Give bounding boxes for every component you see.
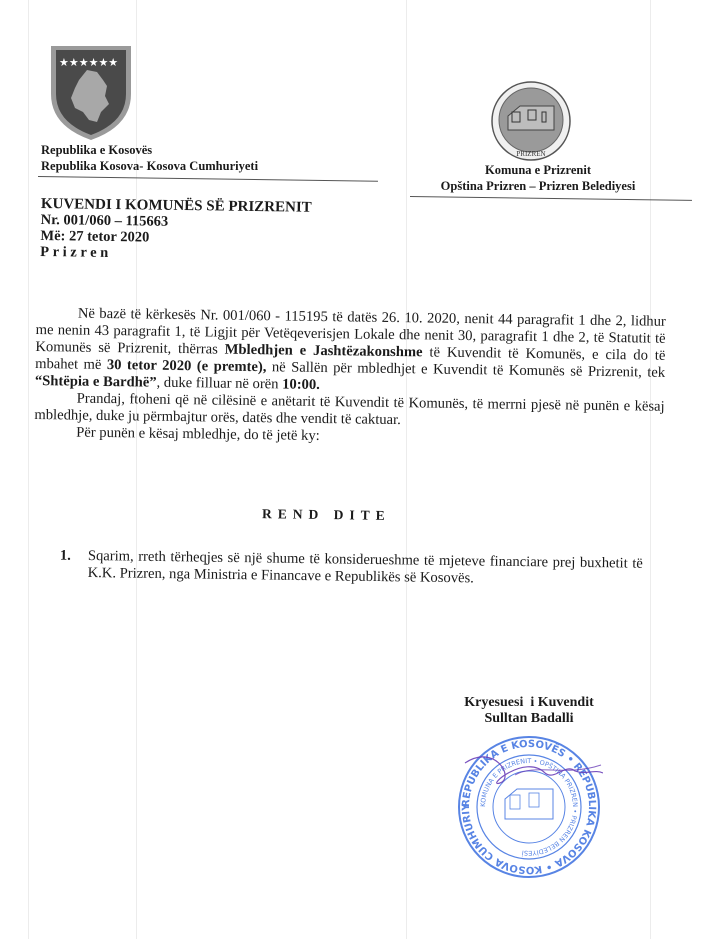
paragraph-convocation: Në bazë të kërkesës Nr. 001/060 - 115195… — [35, 305, 666, 399]
signatory-role: Kryesuesi i Kuvendit — [454, 695, 604, 711]
agenda-title: REND DITE — [262, 506, 391, 524]
scan-artifact-line — [136, 0, 137, 939]
signatory-name: Sulltan Badalli — [454, 711, 604, 727]
header-right-line2: Opština Prizren – Prizren Belediyesi — [441, 179, 636, 193]
svg-text:★★★★★★: ★★★★★★ — [59, 56, 118, 69]
agenda-item-text: Sqarim, rreth tërheqjes së një shume të … — [88, 548, 643, 590]
header-divider — [38, 176, 378, 182]
scan-artifact-line — [406, 0, 407, 939]
scan-artifact-line — [650, 0, 651, 939]
kosovo-coat-of-arms-icon: ★★★★★★ — [47, 42, 135, 142]
signature-block: Kryesuesi i Kuvendit Sulltan Badalli — [454, 695, 604, 727]
agenda-item: 1. Sqarim, rreth tërheqjes së një shume … — [88, 548, 643, 590]
document-page: ★★★★★★ Republika e Kosovës Republika Kos… — [0, 0, 701, 939]
header-right-line1: Komuna e Prizrenit — [485, 163, 591, 177]
official-stamp-icon: REPUBLIKA E KOSOVËS • REPUBLIKA KOSOVA •… — [455, 733, 603, 881]
header-right: Komuna e Prizrenit Opština Prizren – Pri… — [418, 162, 658, 194]
header-left: Republika e Kosovës Republika Kosova- Ko… — [41, 142, 258, 174]
document-meta: KUVENDI I KOMUNËS SË PRIZRENIT Nr. 001/0… — [40, 196, 312, 264]
scan-artifact-line — [28, 0, 29, 939]
svg-text:PRIZREN: PRIZREN — [516, 150, 545, 158]
body-text: Në bazë të kërkesës Nr. 001/060 - 115195… — [34, 305, 666, 450]
document-city: Prizren — [40, 244, 311, 264]
header-left-line2: Republika Kosova- Kosova Cumhuriyeti — [41, 159, 258, 173]
header-left-line1: Republika e Kosovës — [41, 143, 152, 157]
prizren-municipality-seal-icon: PRIZREN — [490, 80, 572, 162]
agenda-list: 1. Sqarim, rreth tërheqjes së një shume … — [88, 548, 643, 590]
agenda-item-number: 1. — [60, 548, 71, 565]
